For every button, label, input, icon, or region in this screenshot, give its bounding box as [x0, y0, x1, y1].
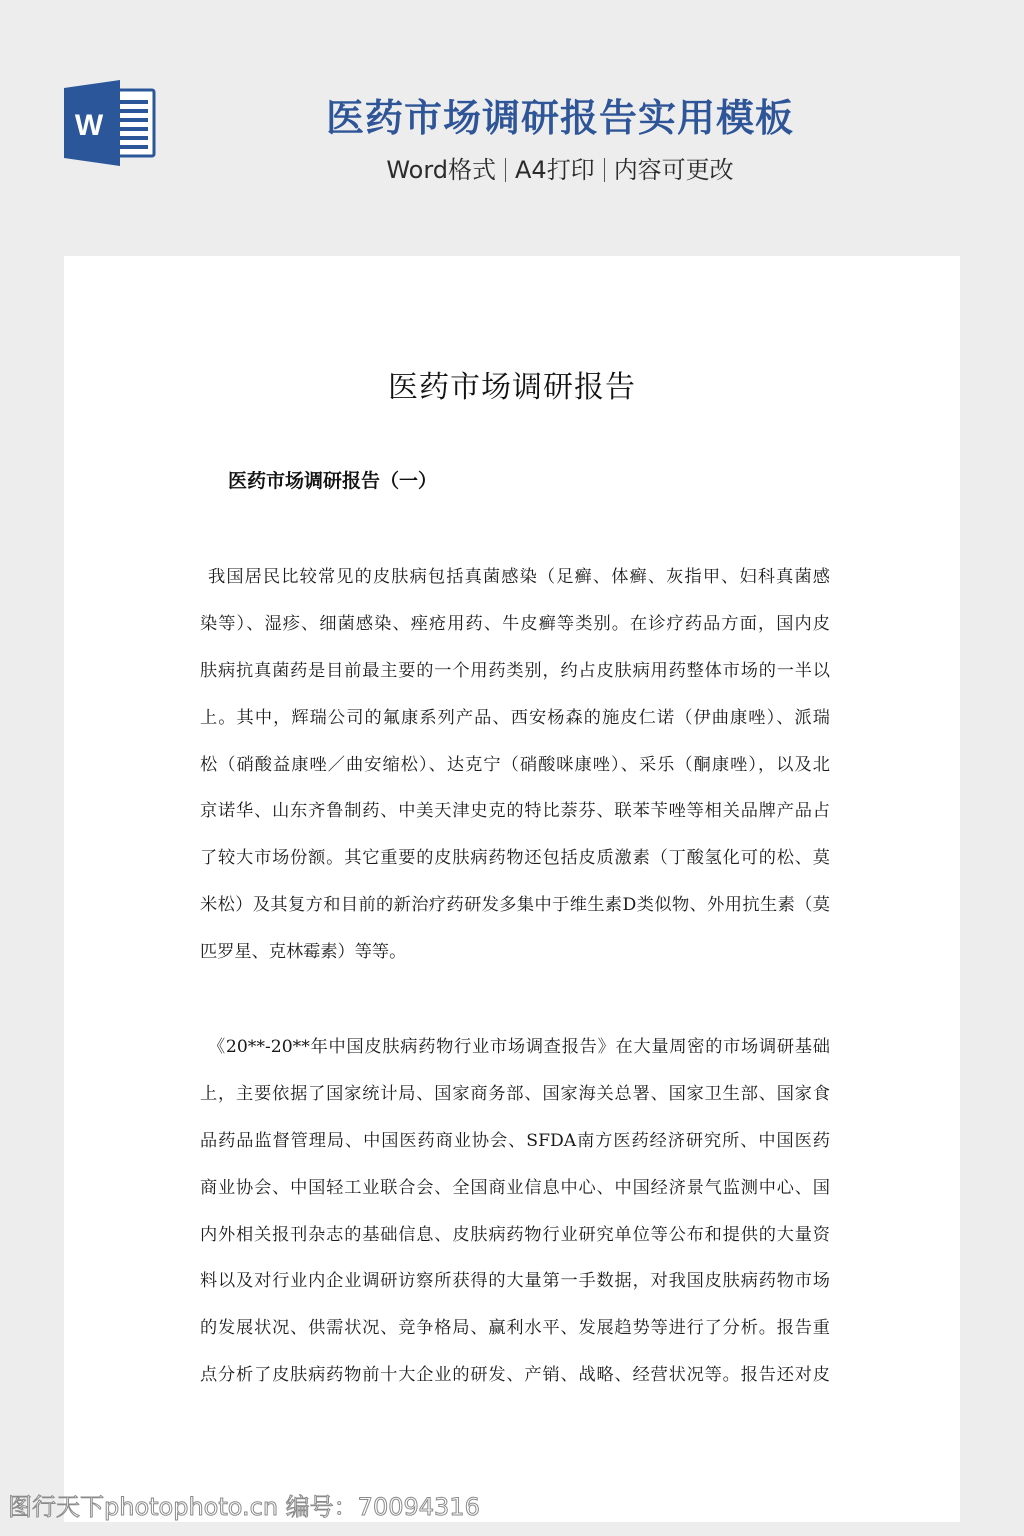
subtitle-divider: [505, 158, 506, 182]
template-subtitle: Word格式A4打印内容可更改: [300, 152, 820, 188]
document-title: 医药市场调研报告: [64, 366, 960, 410]
paragraph-line: 上，主要依据了国家统计局、国家商务部、国家海关总署、国家卫生部、国家食: [200, 1071, 830, 1118]
paragraph-line: 料以及对行业内企业调研访察所获得的大量第一手数据，对我国皮肤病药物市场: [200, 1258, 830, 1305]
paragraph-line: 了较大市场份额。其它重要的皮肤病药物还包括皮质激素（丁酸氢化可的松、莫: [200, 835, 830, 882]
section-heading: 医药市场调研报告（一）: [228, 466, 437, 496]
paragraph-line: 松（硝酸益康唑／曲安缩松）、达克宁（硝酸咪康唑）、采乐（酮康唑），以及北: [200, 742, 830, 789]
watermark-text: 图行天下photophoto.cn 编号：70094316: [8, 1490, 480, 1524]
paragraph-line: 匹罗星、克林霉素）等等。: [200, 929, 830, 976]
paragraph-line: 上。其中，辉瑞公司的氟康系列产品、西安杨森的施皮仁诺（伊曲康唑）、派瑞: [200, 695, 830, 742]
template-title: 医药市场调研报告实用模板: [300, 92, 820, 144]
subtitle-editable: 内容可更改: [614, 156, 734, 184]
word-document-icon: W: [64, 80, 156, 166]
paragraph-2: 《20**-20**年中国皮肤病药物行业市场调查报告》在大量周密的市场调研基础 …: [200, 1024, 830, 1399]
document-page: 医药市场调研报告 医药市场调研报告（一） 我国居民比较常见的皮肤病包括真菌感染（…: [64, 256, 960, 1522]
subtitle-divider: [604, 158, 605, 182]
paragraph-line: 点分析了皮肤病药物前十大企业的研发、产销、战略、经营状况等。报告还对皮: [200, 1352, 830, 1399]
svg-text:W: W: [75, 109, 104, 142]
template-header: W 医药市场调研报告实用模板 Word格式A4打印内容可更改: [0, 0, 1024, 256]
paragraph-line: 商业协会、中国轻工业联合会、全国商业信息中心、中国经济景气监测中心、国: [200, 1165, 830, 1212]
paragraph-line: 我国居民比较常见的皮肤病包括真菌感染（足癣、体癣、灰指甲、妇科真菌感: [200, 554, 830, 601]
paragraph-line: 肤病抗真菌药是目前最主要的一个用药类别，约占皮肤病用药整体市场的一半以: [200, 648, 830, 695]
paragraph-line: 品药品监督管理局、中国医药商业协会、SFDA南方医药经济研究所、中国医药: [200, 1118, 830, 1165]
paragraph-line: 内外相关报刊杂志的基础信息、皮肤病药物行业研究单位等公布和提供的大量资: [200, 1212, 830, 1259]
paragraph-line: 《20**-20**年中国皮肤病药物行业市场调查报告》在大量周密的市场调研基础: [200, 1024, 830, 1071]
subtitle-format: Word格式: [386, 156, 496, 184]
paragraph-line: 染等）、湿疹、细菌感染、痤疮用药、牛皮癣等类别。在诊疗药品方面，国内皮: [200, 601, 830, 648]
subtitle-print: A4打印: [515, 156, 595, 184]
paragraph-line: 米松）及其复方和目前的新治疗药研发多集中于维生素D类似物、外用抗生素（莫: [200, 882, 830, 929]
paragraph-1: 我国居民比较常见的皮肤病包括真菌感染（足癣、体癣、灰指甲、妇科真菌感 染等）、湿…: [200, 554, 830, 976]
paragraph-line: 京诺华、山东齐鲁制药、中美天津史克的特比萘芬、联苯苄唑等相关品牌产品占: [200, 788, 830, 835]
paragraph-line: 的发展状况、供需状况、竞争格局、赢利水平、发展趋势等进行了分析。报告重: [200, 1305, 830, 1352]
